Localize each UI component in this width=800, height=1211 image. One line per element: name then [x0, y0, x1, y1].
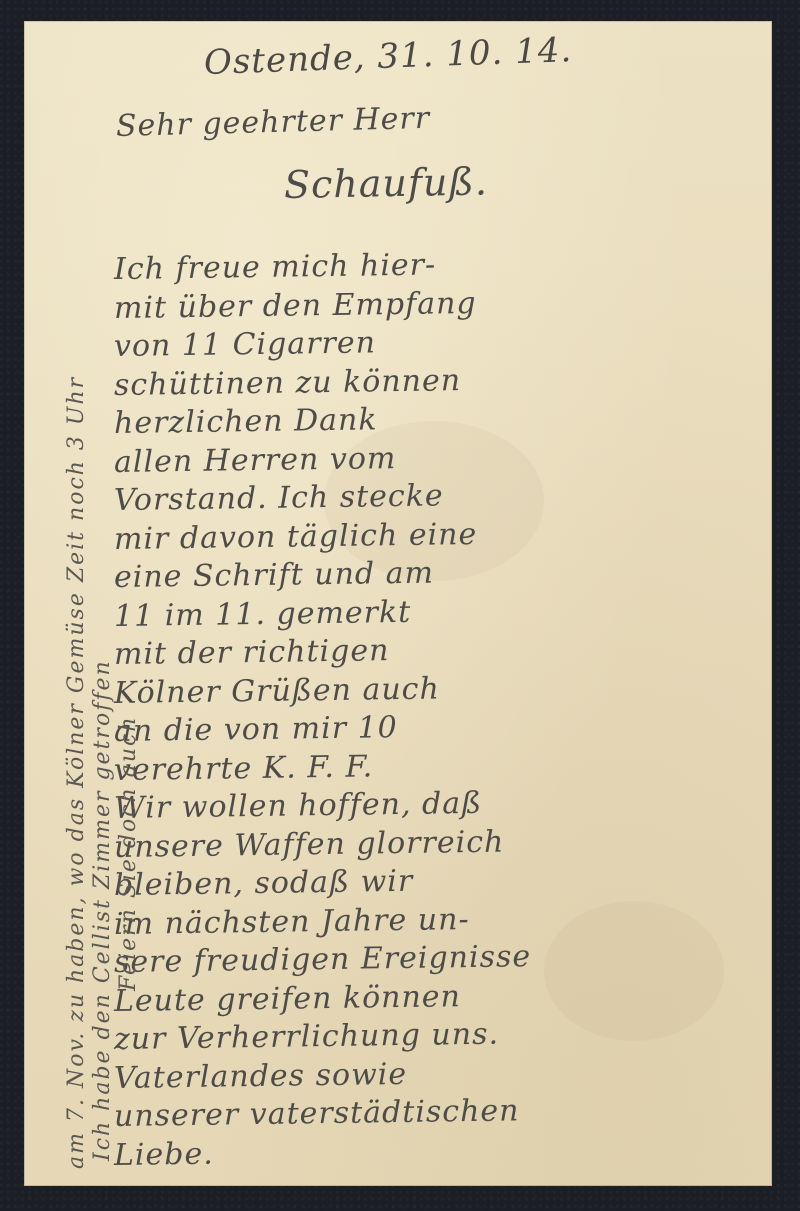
salutation-line: Sehr geehrter Herr	[116, 101, 431, 144]
place-date-heading: Ostende, 31. 10. 14.	[203, 30, 573, 83]
recipient-name: Schaufuß.	[284, 159, 489, 207]
margin-note-vertical: Ich habe den Cellist Zimmer getroffen	[90, 281, 115, 1161]
postcard: Ostende, 31. 10. 14. Sehr geehrter Herr …	[24, 21, 772, 1186]
letter-body: Ich freue mich hier- mit über den Empfan…	[114, 251, 764, 1175]
margin-note-vertical: Feiern Sie doch auch	[116, 391, 141, 991]
margin-note-vertical: am 7. Nov. zu haben, wo das Kölner Gemüs…	[64, 69, 89, 1169]
